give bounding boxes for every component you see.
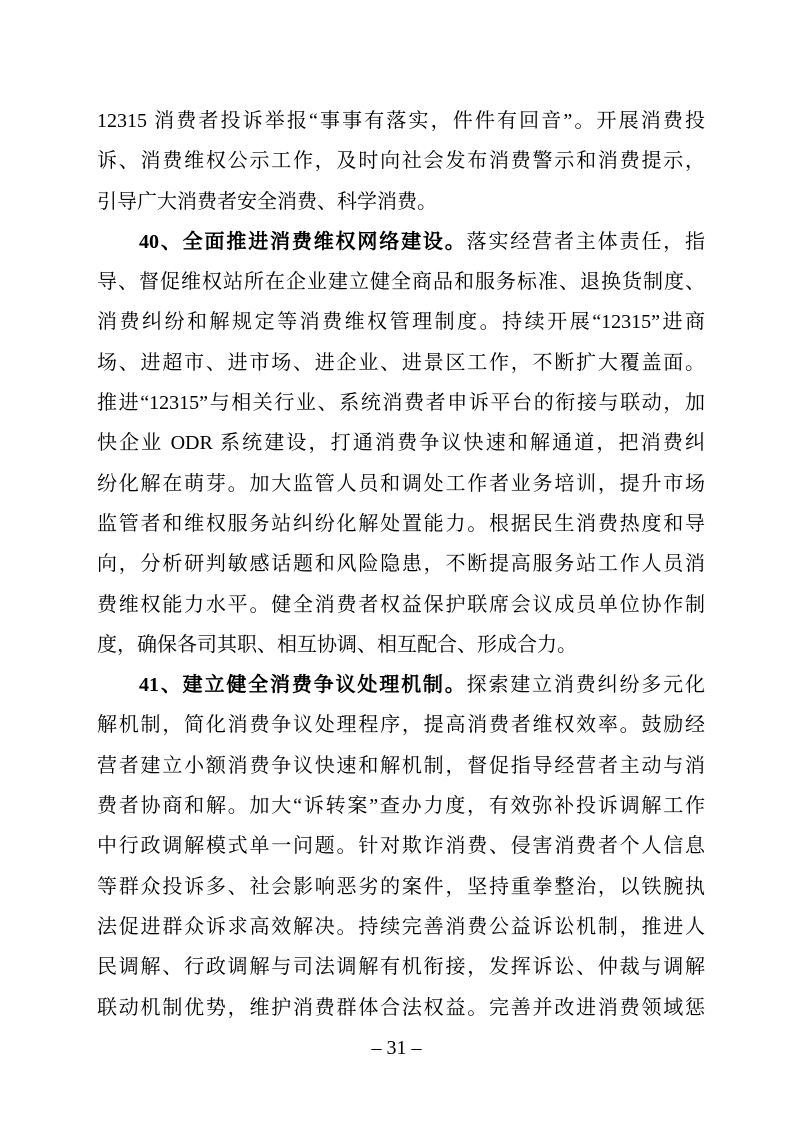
text-line: 解机制，简化消费争议处理程序，提高消费者维权效率。鼓励经 [97,705,705,745]
document-page: 12315 消费者投诉举报“事事有落实，件件有回音”。开展消费投 诉、消费维权公… [0,0,793,1122]
line-text: 导、督促维权站所在企业建立健全商品和服务标准、退换货制度、 [97,271,705,293]
text-line: 诉、消费维权公示工作，及时向社会发布消费警示和消费提示， [97,141,705,181]
line-text: 联动机制优势，维护消费群体合法权益。完善并改进消费领域惩 [97,997,705,1019]
line-text: 向，分析研判敏感话题和风险隐患，不断提高服务站工作人员消 [97,553,705,575]
line-text: 探索建立消费纠纷多元化 [467,674,705,696]
line-text: 营者建立小额消费争议快速和解机制，督促指导经营者主动与消 [97,755,705,777]
line-text: 快企业 ODR 系统建设，打通消费争议快速和解通道，把消费纠 [97,432,705,454]
line-text: 民调解、行政调解与司法调解有机衔接，发挥诉讼、仲裁与调解 [97,956,705,978]
body-text: 12315 消费者投诉举报“事事有落实，件件有回音”。开展消费投 诉、消费维权公… [97,101,705,1028]
text-line: 监管者和维权服务站纠纷化解处置能力。根据民生消费热度和导 [97,504,705,544]
text-line: 纷化解在萌芽。加大监管人员和调处工作者业务培训，提升市场 [97,464,705,504]
line-text: 12315 消费者投诉举报“事事有落实，件件有回音”。开展消费投 [97,110,705,132]
text-line: 营者建立小额消费争议快速和解机制，督促指导经营者主动与消 [97,746,705,786]
line-text: 监管者和维权服务站纠纷化解处置能力。根据民生消费热度和导 [97,513,705,535]
line-text: 法促进群众诉求高效解决。持续完善消费公益诉讼机制，推进人 [97,916,705,938]
line-text: 场、进超市、进市场、进企业、进景区工作，不断扩大覆盖面。 [97,352,705,374]
line-text: 落实经营者主体责任，指 [467,231,705,253]
text-line: 联动机制优势，维护消费群体合法权益。完善并改进消费领域惩 [97,988,705,1028]
text-line: 费维权能力水平。健全消费者权益保护联席会议成员单位协作制 [97,585,705,625]
text-line: 导、督促维权站所在企业建立健全商品和服务标准、退换货制度、 [97,262,705,302]
line-text: 诉、消费维权公示工作，及时向社会发布消费警示和消费提示， [97,150,705,172]
text-line: 推进“12315”与相关行业、系统消费者申诉平台的衔接与联动，加 [97,383,705,423]
line-text: 引导广大消费者安全消费、科学消费。 [97,191,437,213]
text-line: 12315 消费者投诉举报“事事有落实，件件有回音”。开展消费投 [97,101,705,141]
text-line: 法促进群众诉求高效解决。持续完善消费公益诉讼机制，推进人 [97,907,705,947]
text-line: 度，确保各司其职、相互协调、相互配合、形成合力。 [97,625,705,665]
text-line: 向，分析研判敏感话题和风险隐患，不断提高服务站工作人员消 [97,544,705,584]
page-number: – 31 – [0,1033,793,1063]
text-line: 40、全面推进消费维权网络建设。落实经营者主体责任，指 [97,222,705,262]
text-line: 中行政调解模式单一问题。针对欺诈消费、侵害消费者个人信息 [97,826,705,866]
line-text: 消费纠纷和解规定等消费维权管理制度。持续开展“12315”进商 [97,311,705,333]
line-text: 度，确保各司其职、相互协调、相互配合、形成合力。 [97,634,577,656]
text-line: 41、建立健全消费争议处理机制。探索建立消费纠纷多元化 [97,665,705,705]
text-line: 等群众投诉多、社会影响恶劣的案件，坚持重拳整治，以铁腕执 [97,867,705,907]
line-text: 解机制，简化消费争议处理程序，提高消费者维权效率。鼓励经 [97,714,705,736]
line-text: 纷化解在萌芽。加大监管人员和调处工作者业务培训，提升市场 [97,473,705,495]
text-line: 民调解、行政调解与司法调解有机衔接，发挥诉讼、仲裁与调解 [97,947,705,987]
text-line: 引导广大消费者安全消费、科学消费。 [97,182,705,222]
section-40-heading: 40、全面推进消费维权网络建设。 [139,231,467,253]
line-text: 费者协商和解。加大“诉转案”查办力度，有效弥补投诉调解工作 [97,795,705,817]
text-line: 消费纠纷和解规定等消费维权管理制度。持续开展“12315”进商 [97,302,705,342]
text-line: 快企业 ODR 系统建设，打通消费争议快速和解通道，把消费纠 [97,423,705,463]
line-text: 中行政调解模式单一问题。针对欺诈消费、侵害消费者个人信息 [97,835,705,857]
text-line: 场、进超市、进市场、进企业、进景区工作，不断扩大覆盖面。 [97,343,705,383]
line-text: 等群众投诉多、社会影响恶劣的案件，坚持重拳整治，以铁腕执 [97,876,705,898]
section-41-heading: 41、建立健全消费争议处理机制。 [139,674,467,696]
line-text: 推进“12315”与相关行业、系统消费者申诉平台的衔接与联动，加 [97,392,705,414]
text-line: 费者协商和解。加大“诉转案”查办力度，有效弥补投诉调解工作 [97,786,705,826]
line-text: 费维权能力水平。健全消费者权益保护联席会议成员单位协作制 [97,594,705,616]
